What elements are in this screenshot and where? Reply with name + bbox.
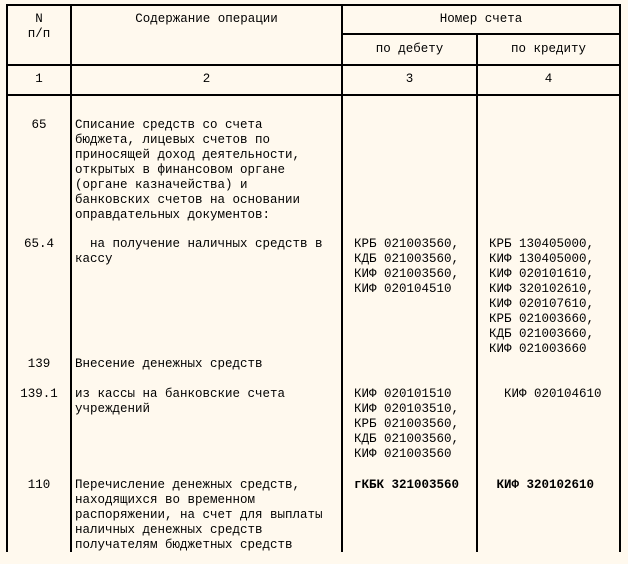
credit-account: КИФ 020104610	[489, 387, 602, 402]
row-content-line: оправдательных документов:	[75, 208, 270, 223]
debit-account: КИФ 020104510	[354, 282, 452, 297]
credit-account: КИФ 020107610,	[489, 297, 594, 312]
row-content-line: получателям бюджетных средств	[75, 538, 293, 553]
credit-account: КДБ 021003660,	[489, 327, 594, 342]
row-number: 65	[8, 118, 70, 133]
row-content-line: бюджета, лицевых счетов по	[75, 133, 270, 148]
debit-account: КРБ 021003560,	[354, 237, 459, 252]
row-content-line: банковских счетов на основании	[75, 193, 300, 208]
header-credit: по кредиту	[478, 42, 619, 57]
credit-account: КРБ 130405000,	[489, 237, 594, 252]
row-content-line: из кассы на банковские счета	[75, 387, 285, 402]
colnum-1: 1	[8, 72, 70, 87]
debit-account: КДБ 021003560,	[354, 432, 459, 447]
credit-account: КРБ 021003660,	[489, 312, 594, 327]
header-divider	[341, 33, 621, 35]
debit-account: КИФ 021003560,	[354, 267, 459, 282]
table-border-right	[619, 4, 621, 552]
debit-account: КИФ 020101510	[354, 387, 452, 402]
row-content-line: Списание средств со счета	[75, 118, 263, 133]
credit-account: КИФ 320102610	[489, 478, 594, 493]
header-account: Номер счета	[343, 12, 619, 27]
credit-account: КИФ 320102610,	[489, 282, 594, 297]
debit-account: КИФ 021003560	[354, 447, 452, 462]
header-bottom-border	[6, 64, 621, 66]
header-num-line1: N	[8, 12, 70, 27]
row-content-line: открытых в финансовом органе	[75, 163, 285, 178]
row-number: 65.4	[8, 237, 70, 252]
row-content-line: наличных денежных средств	[75, 523, 263, 538]
table-border-top	[6, 4, 621, 6]
row-content-line: Перечисление денежных средств,	[75, 478, 300, 493]
colnum-4: 4	[478, 72, 619, 87]
row-content-line: на получение наличных средств в	[75, 237, 323, 252]
credit-account: КИФ 130405000,	[489, 252, 594, 267]
credit-account: КИФ 021003660	[489, 342, 587, 357]
row-content-line: распоряжении, на счет для выплаты	[75, 508, 323, 523]
header-content: Содержание операции	[72, 12, 341, 27]
credit-account: КИФ 020101610,	[489, 267, 594, 282]
col-divider-3	[476, 33, 478, 552]
row-number: 110	[8, 478, 70, 493]
row-number: 139	[8, 357, 70, 372]
row-content-line: находящихся во временном	[75, 493, 255, 508]
row-content-line: (органе казначейства) и	[75, 178, 248, 193]
colnum-2: 2	[72, 72, 341, 87]
colnum-bottom-border	[6, 94, 621, 96]
debit-account: КДБ 021003560,	[354, 252, 459, 267]
row-content-line: учреждений	[75, 402, 150, 417]
debit-account: КРБ 021003560,	[354, 417, 459, 432]
colnum-3: 3	[343, 72, 476, 87]
header-debit: по дебету	[343, 42, 476, 57]
debit-account: КИФ 020103510,	[354, 402, 459, 417]
row-content-line: Внесение денежных средств	[75, 357, 263, 372]
debit-account: гКБК 321003560	[354, 478, 459, 493]
row-number: 139.1	[8, 387, 70, 402]
header-num-line2: п/п	[8, 27, 70, 42]
row-content-line: приносящей доход деятельности,	[75, 148, 300, 163]
row-content-line: кассу	[75, 252, 113, 267]
